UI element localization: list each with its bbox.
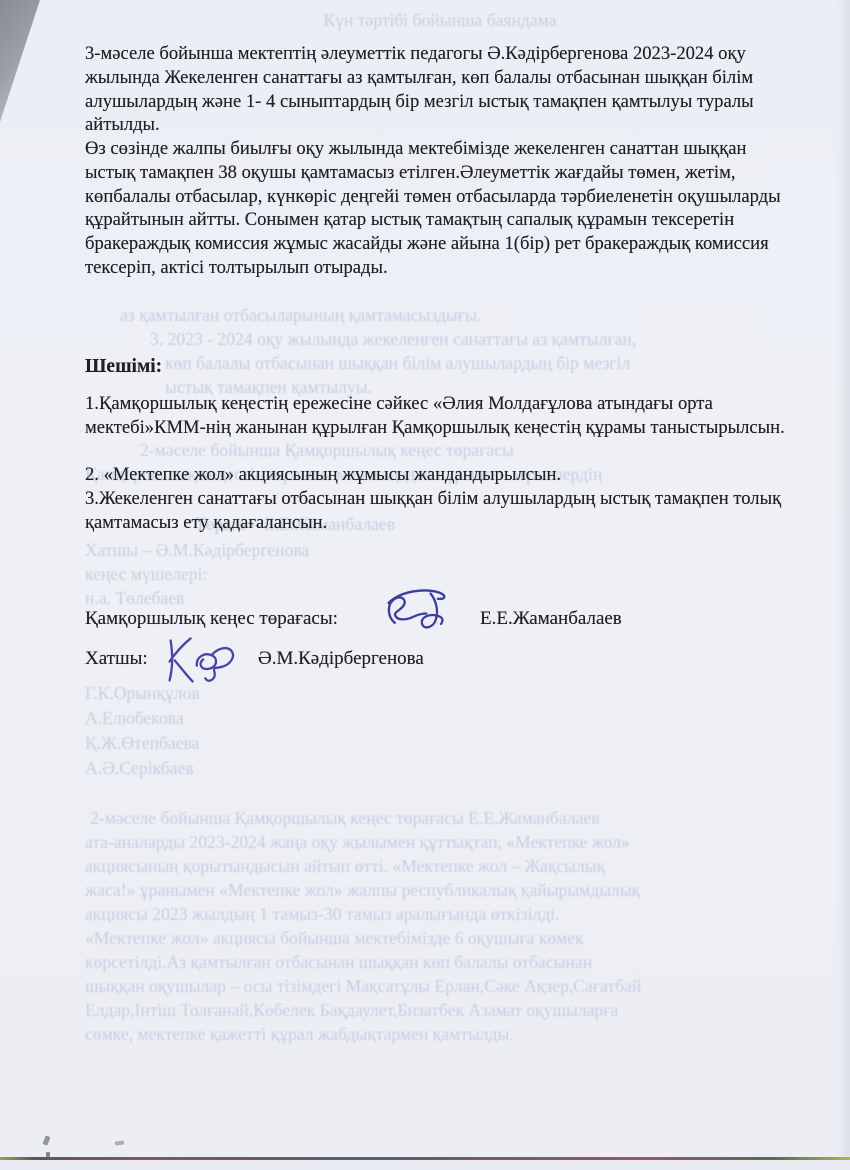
bleed-paragraph-line: 2-мәселе бойынша Қамқоршылық кеңес төрағ… bbox=[90, 806, 650, 830]
bleed-name: Г.К.Орынқұлов bbox=[85, 681, 235, 705]
decision-heading: Шешімі: bbox=[85, 355, 799, 379]
bleed-paragraph-line: сөмке, мектепке қажетті құрал жабдықтарм… bbox=[85, 1022, 545, 1046]
scan-bottom-edge bbox=[0, 1157, 850, 1160]
chairman-signature-label: Қамқоршылық кеңес төрағасы: bbox=[85, 608, 338, 630]
paragraph-1: 3-мәселе бойынша мектептің әлеуметтік пе… bbox=[85, 42, 799, 137]
chairman-signature-ink bbox=[378, 585, 462, 643]
bleed-header: Күн тәртібі бойынша баяндама bbox=[295, 8, 585, 32]
scan-right-edge-shade bbox=[837, 0, 850, 1170]
bleed-name: А.Елюбекова bbox=[85, 706, 225, 730]
decision-item-1: 1.Қамқоршылық кеңестің ережесіне сәйкес … bbox=[85, 392, 799, 440]
bleed-name: А.Ә.Серікбаев bbox=[85, 756, 230, 780]
secretary-signature-label: Хатшы: bbox=[85, 648, 148, 670]
bleed-paragraph-line: көрсетілді.Аз қамтылған отбасынан шыққан… bbox=[85, 950, 645, 974]
scan-speck bbox=[43, 1135, 51, 1145]
bleed-block-a-line: 3. 2023 - 2024 оқу жылында жекеленген са… bbox=[150, 327, 730, 351]
scan-corner-fold bbox=[0, 0, 40, 122]
paragraph-2: Өз сөзінде жалпы биылғы оқу жылында мект… bbox=[85, 137, 799, 280]
bleed-name: Қ.Ж.Өтепбаева bbox=[85, 731, 230, 755]
bleed-paragraph-line: Елдар,Інтіш Толғанай,Көбелек Бақдаулет,Б… bbox=[85, 998, 725, 1022]
bleed-paragraph-line: шыққан оқушылар – осы тізімдегі Мақсатұл… bbox=[85, 974, 745, 998]
scan-speck bbox=[115, 1140, 124, 1145]
bleed-paragraph-line: «Мектепке жол» акциясы бойынша мектебімі… bbox=[85, 926, 630, 950]
decision-item-2: 2. «Мектепке жол» акциясының жұмысы жанд… bbox=[85, 463, 799, 487]
bleed-block-b-line: 2-мәселе бойынша Қамқоршылық кеңес төрағ… bbox=[140, 438, 640, 462]
chairman-name: Е.Е.Жаманбалаев bbox=[480, 608, 622, 630]
scan-bottom-strip bbox=[0, 1160, 850, 1170]
secretary-name: Ә.М.Кәдірбергенова bbox=[258, 648, 424, 670]
bleed-paragraph-line: жаса!» ұранымен «Мектепке жол» жалпы рес… bbox=[85, 878, 740, 902]
bleed-paragraph-line: акциясының қорытындысын айтып өтті. «Мек… bbox=[85, 854, 665, 878]
bleed-block-b-line: кеңес мүшелері: bbox=[85, 562, 235, 586]
bleed-block-a-line: аз қамтылған отбасыларының қамтамасыздығ… bbox=[120, 303, 720, 327]
bleed-block-b-line: Хатшы – Ә.М.Кәдірбергенова bbox=[85, 538, 335, 562]
scanned-document-page: Күн тәртібі бойынша баяндама 3-мәселе бо… bbox=[0, 0, 850, 1170]
decision-item-3: 3.Жекеленген санаттағы отбасынан шыққан … bbox=[85, 487, 799, 535]
bleed-paragraph-line: акциясы 2023 жылдың 1 тамыз-30 тамыз ара… bbox=[85, 902, 630, 926]
bleed-block-b-line: н.а. Төлебаев bbox=[85, 586, 215, 610]
bleed-paragraph-line: ата-аналарды 2023-2024 жаңа оқу жылымен … bbox=[85, 830, 705, 854]
